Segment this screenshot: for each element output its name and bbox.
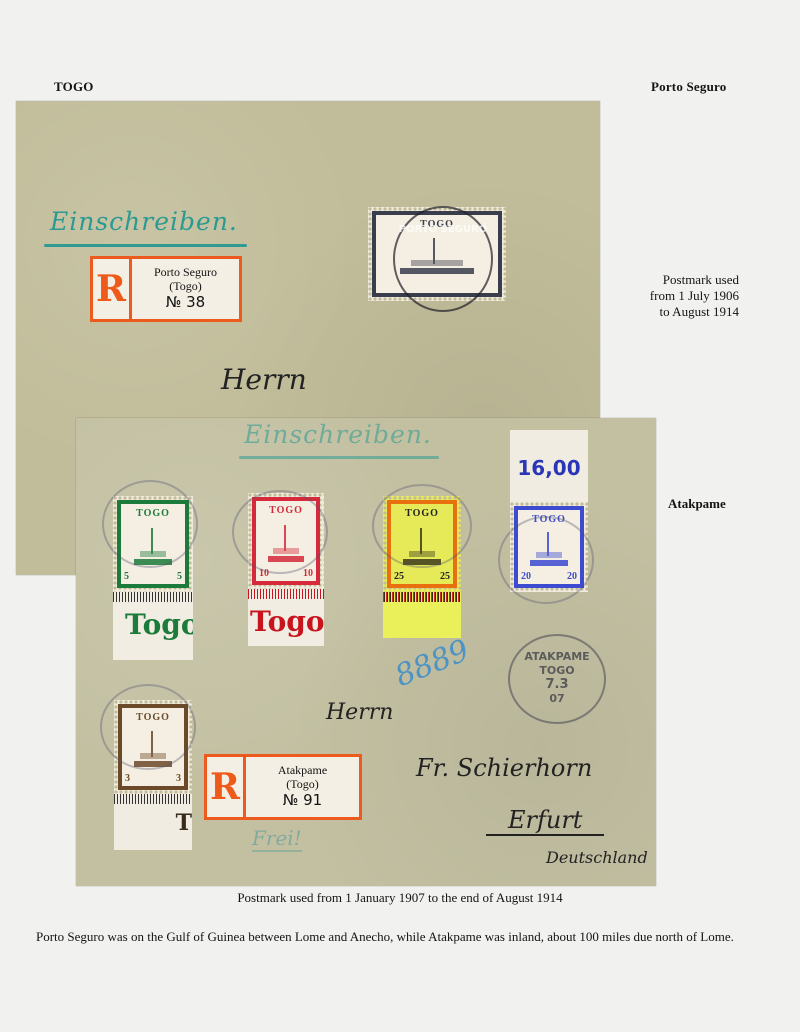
registration-r-icon: R bbox=[207, 757, 246, 817]
address-country: Deutschland bbox=[546, 848, 648, 867]
endorsement-einschreiben: Einschreiben. bbox=[50, 207, 238, 236]
cover-atakpame: Einschreiben. TOGO 5 5 Togo TOGO 10 10 T… bbox=[76, 418, 656, 886]
endorsement-underline bbox=[44, 244, 247, 247]
label-country: (Togo) bbox=[132, 279, 239, 293]
stamp-value: 25 bbox=[394, 571, 404, 582]
handwritten-address: Herrn bbox=[221, 363, 307, 396]
label-number: № 91 bbox=[246, 793, 359, 807]
postmark-circle bbox=[100, 684, 196, 770]
stamp-value: 3 bbox=[125, 773, 130, 784]
note-porto-seguro: Postmark used from 1 July 1906 to August… bbox=[600, 272, 739, 320]
body-text: Porto Seguro was on the Gulf of Guinea b… bbox=[36, 929, 756, 944]
label-number: № 38 bbox=[132, 295, 239, 309]
note-line: from 1 July 1906 bbox=[600, 288, 739, 304]
sheet-margin-brown: T bbox=[114, 794, 192, 850]
margin-imprint: T bbox=[114, 804, 192, 836]
registration-label: R Porto Seguro (Togo) № 38 bbox=[90, 256, 242, 322]
header-left: TOGO bbox=[54, 79, 94, 95]
note-line: Postmark used bbox=[600, 272, 739, 288]
margin-imprint: Togo bbox=[248, 599, 324, 638]
header-right: Porto Seguro bbox=[651, 79, 726, 95]
label-country: (Togo) bbox=[246, 777, 359, 791]
stamp-value: 5 bbox=[124, 571, 129, 582]
sheet-margin-togo-red: Togo bbox=[248, 589, 324, 646]
postmark-porto-seguro: PORTO SEGURO bbox=[393, 206, 493, 312]
address-herrn: Herrn bbox=[326, 700, 393, 725]
margin-imprint: Togo bbox=[113, 602, 193, 641]
postmark-circle bbox=[372, 484, 472, 568]
endorsement-einschreiben: Einschreiben. bbox=[244, 420, 432, 449]
postmark-date: 7.3 bbox=[510, 678, 604, 692]
postmark-circle bbox=[102, 480, 198, 568]
label-office: Porto Seguro bbox=[132, 265, 239, 279]
postmark-country: TOGO bbox=[510, 664, 604, 678]
franking-note: Frei! bbox=[252, 826, 302, 852]
stamp-value: 5 bbox=[177, 571, 182, 582]
postmark-atakpame: ATAKPAME TOGO 7.3 07 bbox=[508, 634, 606, 724]
note-line: to August 1914 bbox=[600, 304, 739, 320]
stamp-value: 10 bbox=[303, 568, 313, 579]
registration-label: R Atakpame (Togo) № 91 bbox=[204, 754, 362, 820]
postmark-year: 07 bbox=[510, 692, 604, 706]
caption: Postmark used from 1 January 1907 to the… bbox=[0, 890, 800, 906]
stamp-value: 25 bbox=[440, 571, 450, 582]
address-name: Fr. Schierhorn bbox=[416, 754, 592, 782]
postmark-circle bbox=[232, 490, 328, 574]
sheet-margin-togo-green: Togo bbox=[113, 592, 193, 660]
stamp-value: 3 bbox=[176, 773, 181, 784]
registration-r-icon: R bbox=[93, 259, 132, 319]
note-atakpame: Atakpame bbox=[668, 496, 726, 512]
pencil-note: 8889 bbox=[390, 633, 474, 694]
sheet-margin-yellow bbox=[383, 592, 461, 638]
address-city: Erfurt bbox=[486, 806, 604, 836]
postmark-circle bbox=[498, 516, 594, 604]
label-office: Atakpame bbox=[246, 763, 359, 777]
postmark-town: ATAKPAME bbox=[510, 650, 604, 664]
sheet-margin-value-16: 16,00 bbox=[510, 430, 588, 502]
margin-value: 16,00 bbox=[510, 430, 588, 480]
endorsement-underline bbox=[239, 456, 439, 459]
